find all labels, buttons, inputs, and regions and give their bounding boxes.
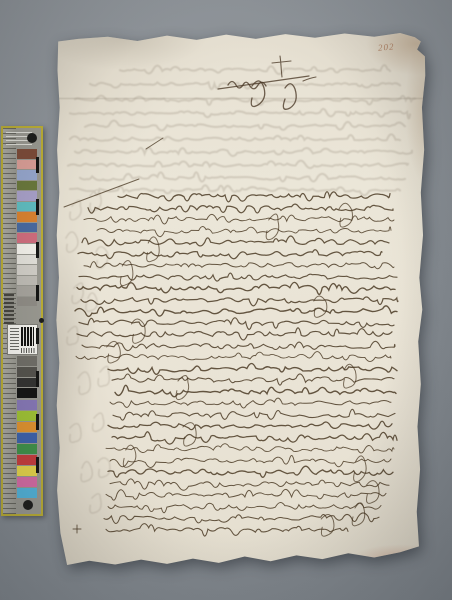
stroke	[81, 297, 398, 306]
color-patch	[17, 244, 37, 254]
color-patch	[17, 276, 37, 286]
registration-dot-top	[27, 133, 37, 143]
color-patch	[17, 422, 37, 432]
color-patch	[17, 444, 37, 454]
stroke	[70, 424, 81, 443]
color-patch	[17, 181, 37, 191]
stroke	[367, 481, 380, 504]
stroke	[82, 341, 395, 350]
color-patch	[17, 265, 37, 275]
edge-dash	[36, 414, 39, 430]
stroke	[78, 250, 382, 259]
color-calibration-target	[1, 126, 43, 516]
edge-dash	[36, 242, 39, 258]
stroke	[339, 203, 352, 227]
stroke	[82, 236, 389, 246]
stroke	[85, 121, 405, 131]
stroke	[93, 413, 104, 431]
barcode-label	[7, 324, 38, 355]
color-patch	[17, 191, 37, 201]
verso-showthrough	[66, 65, 415, 513]
stroke	[75, 148, 412, 156]
manuscript-page: 202	[56, 33, 426, 565]
stroke	[77, 282, 395, 294]
photo-background: 202	[0, 0, 452, 600]
stroke	[96, 247, 108, 269]
edge-dash	[36, 285, 39, 301]
stroke	[78, 372, 90, 394]
stroke	[106, 489, 386, 500]
edge-dash	[36, 328, 39, 344]
stroke	[76, 352, 391, 362]
stroke	[68, 161, 408, 168]
stroke	[90, 494, 101, 513]
stroke	[110, 479, 389, 490]
stroke	[84, 214, 394, 224]
stroke	[118, 192, 390, 202]
stroke	[106, 524, 348, 536]
stroke	[112, 374, 394, 385]
stroke	[75, 306, 397, 317]
color-patch	[17, 255, 37, 265]
barcode	[21, 327, 34, 346]
stroke	[70, 134, 400, 141]
stroke	[108, 503, 381, 513]
barcode-digits	[21, 348, 35, 353]
stroke	[106, 444, 394, 453]
color-patch	[17, 223, 37, 233]
stroke	[113, 409, 395, 420]
stroke	[112, 432, 397, 444]
color-patch	[17, 202, 37, 212]
handwriting-layer	[56, 33, 426, 565]
color-patch	[17, 286, 37, 296]
color-patch	[17, 477, 37, 487]
heading-dash	[303, 77, 316, 81]
color-patch	[17, 411, 37, 421]
label-micro-text	[10, 328, 19, 352]
stroke	[79, 273, 397, 281]
body-text-lines	[64, 138, 398, 536]
stroke	[81, 462, 92, 482]
color-patch	[17, 149, 37, 159]
stroke	[80, 172, 405, 181]
color-patch	[17, 455, 37, 465]
edge-dash	[36, 157, 39, 173]
heading-cross-icon	[272, 56, 291, 77]
stroke	[108, 363, 397, 374]
edge-dash	[36, 199, 39, 215]
stroke	[97, 227, 391, 237]
color-patch	[17, 378, 37, 388]
stroke	[104, 513, 379, 524]
stroke	[70, 109, 410, 118]
stroke	[98, 458, 110, 477]
color-patch	[17, 488, 37, 498]
label-dot	[39, 318, 44, 323]
color-patch	[17, 297, 37, 307]
color-patch	[17, 170, 37, 180]
stroke	[120, 65, 390, 74]
stroke	[314, 296, 327, 317]
heading-descender-2	[283, 84, 296, 110]
registration-dot-bottom	[23, 500, 33, 510]
vertical-text-marking	[4, 294, 14, 324]
color-patch	[17, 160, 37, 170]
stroke	[107, 341, 121, 363]
edge-dash	[36, 457, 39, 473]
color-patch	[17, 356, 37, 366]
color-patch	[17, 400, 37, 410]
color-patch	[17, 367, 37, 377]
stroke	[77, 328, 392, 340]
color-patch	[17, 388, 37, 398]
stroke	[79, 318, 394, 330]
color-patch	[17, 233, 37, 243]
stroke	[115, 385, 396, 396]
color-patch	[17, 466, 37, 476]
edge-dash	[36, 371, 39, 387]
stroke	[66, 232, 78, 252]
color-patch	[17, 433, 37, 443]
stroke	[88, 204, 393, 213]
color-patch	[17, 212, 37, 222]
stroke	[344, 364, 357, 388]
stroke	[75, 96, 415, 105]
stroke	[67, 326, 78, 344]
manuscript-page-wrap: 202	[0, 0, 452, 600]
stroke	[110, 398, 391, 408]
stroke	[110, 455, 391, 467]
stroke	[108, 421, 392, 429]
